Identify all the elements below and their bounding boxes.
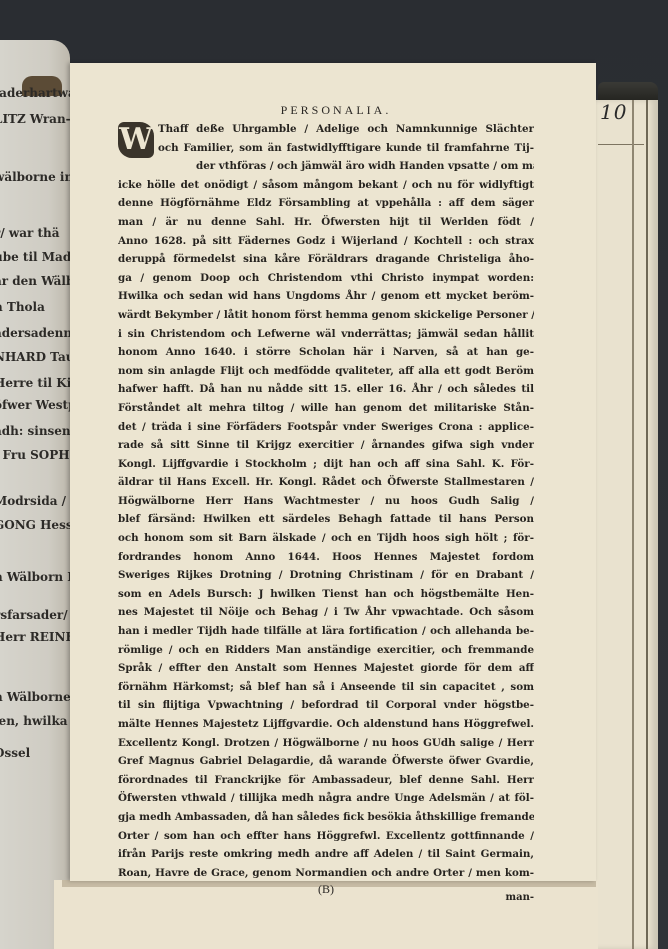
text-line: Förståndet alt mehra tiltog / wille han … <box>118 399 534 418</box>
text-line: Anno 1628. på sitt Fädernes Godz i Wijer… <box>118 232 534 251</box>
text-line: det / träda i sine Förfäders Footspår vn… <box>118 418 534 437</box>
text-line: Orter / som han och effter hans Höggrefw… <box>118 827 534 846</box>
text-line: icke hölle det onödigt / såsom mångom be… <box>118 176 534 195</box>
left-page-text-fragment: wälborne in/ <box>0 170 70 184</box>
drop-cap-initial: W <box>118 122 154 158</box>
left-page-text-fragment: ien, hwilka war <box>0 714 70 728</box>
left-page-text-fragment: n Wälborne Fru <box>0 690 70 704</box>
text-line: Gref Magnus Gabriel Delagardie, då waran… <box>118 752 534 771</box>
text-line: och honom som sit Barn älskade / och en … <box>118 529 534 548</box>
text-line: blef färsänd: Hwilken ett särdeles Behag… <box>118 510 534 529</box>
book-binding-top <box>598 82 658 102</box>
left-page-text-fragment: öfwer Westph <box>0 398 70 412</box>
left-page-text-fragment: r/ war thä <box>0 226 60 240</box>
page-edge <box>632 100 634 949</box>
text-line: gja medh Ambassaden, då han således fick… <box>118 808 534 827</box>
text-line: nes Majestet til Nöije och Behag / i Tw … <box>118 603 534 622</box>
text-line: Språk / effter den Anstalt som Hennes Ma… <box>118 659 534 678</box>
text-line: som en Adels Bursch: J hwilken Tienst ha… <box>118 585 534 604</box>
text-line: deruppå förmedelst sina kåre Föräldrars … <box>118 250 534 269</box>
text-line: Sweriges Rijkes Drotning / Drotning Chri… <box>118 566 534 585</box>
text-line: Thaff deße Uhrgamble / Adelige och Namnk… <box>158 120 534 139</box>
left-page-text-fragment: LITZ Wran- <box>0 112 70 126</box>
text-line: han i medler Tijdh hade tilfälle at lära… <box>118 622 534 641</box>
text-line: äldrar til Hans Excell. Hr. Kongl. Rådet… <box>118 473 534 492</box>
left-page-text-fragment: Herr REINHOLT <box>0 630 70 644</box>
left-page-text-fragment: rsfarsader/ h <box>0 608 70 622</box>
text-line: ga / genom Doop och Christendom vthi Chr… <box>118 269 534 288</box>
left-page-text-fragment: ube til Madal <box>0 250 70 264</box>
text-line: ifrån Parijs reste omkring medh andre af… <box>118 845 534 864</box>
handwritten-folio-number: 10 <box>600 100 627 124</box>
text-line: Roan, Havre de Grace, genom Normandien o… <box>118 864 534 883</box>
text-line: och Familier, som än fastwidlyfftigare k… <box>158 139 534 158</box>
running-head: PERSONALIA. <box>138 103 534 118</box>
text-line: hafwer hafft. Då han nu nådde sitt 15. e… <box>118 380 534 399</box>
left-page-text-fragment: Modrsida / her <box>0 494 70 508</box>
text-line: Hwilka och sedan wid hans Ungdoms Åhr / … <box>118 287 534 306</box>
text-line: römlige / och en Ridders Man anständige … <box>118 641 534 660</box>
left-page-text-fragment: Herre til Kijd <box>0 376 70 390</box>
body-text: W Thaff deße Uhrgamble / Adelige och Nam… <box>118 120 534 882</box>
left-page-fragment: faderhartwa-LITZ Wran-wälborne in/r/ war… <box>0 40 70 949</box>
page-rule <box>598 144 644 145</box>
left-page-text-fragment: ädh: sinsens <box>0 424 70 438</box>
text-line: i sin Christendom och Lefwerne wäl vnder… <box>118 325 534 344</box>
main-page: PERSONALIA. W Thaff deße Uhrgamble / Ade… <box>70 63 596 881</box>
text-line: nom sin anlagde Flijt och medfödde qvali… <box>118 362 534 381</box>
left-page-text-fragment: n Thola <box>0 300 45 314</box>
page-edge <box>646 100 648 949</box>
text-line: förnähm Härkomst; så blef han så i Ansee… <box>118 678 534 697</box>
text-line: til sin flijtiga Vpwachtning / befordrad… <box>118 696 534 715</box>
text-line: der vthföras / och jämwäl äro widh Hande… <box>158 157 534 176</box>
text-line: fordrandes honom Anno 1644. Hoos Hennes … <box>118 548 534 567</box>
left-page-text-fragment: n Wälborn Fru <box>0 570 70 584</box>
text-line: rade så sitt Sinne til Krijgz exercitier… <box>118 436 534 455</box>
left-page-text-fragment: Ossel <box>0 746 30 760</box>
text-line: Kongl. Lijffgvardie i Stockholm ; dijt h… <box>118 455 534 474</box>
left-page-text-fragment: faderhartwa- <box>0 86 70 100</box>
text-line: förordnades til Franckrijke för Ambassad… <box>118 771 534 790</box>
signature-mark: (B) <box>118 882 534 897</box>
text-line: honom Anno 1640. i större Scholan här i … <box>118 343 534 362</box>
text-line: mälte Hennes Majestetz Lijffgvardie. Och… <box>118 715 534 734</box>
left-page-text-fragment: / Fru SOPHIA <box>0 448 70 462</box>
left-page-text-fragment: NHARD Taub <box>0 350 70 364</box>
right-page-stack <box>592 100 658 949</box>
left-page-text-fragment: adersadenn <box>0 326 70 340</box>
text-line: Excellentz Kongl. Drotzen / Högwälborne … <box>118 734 534 753</box>
text-line: Högwälborne Herr Hans Wachtmester / nu h… <box>118 492 534 511</box>
catchword: man- <box>506 892 534 903</box>
page-text-block: PERSONALIA. W Thaff deße Uhrgamble / Ade… <box>118 103 534 900</box>
text-line: man / är nu denne Sahl. Hr. Öfwersten hi… <box>118 213 534 232</box>
text-line: wärdt Bekymber / låtit honom först hemma… <box>118 306 534 325</box>
text-line: denne Högförnähme Eldz Försambling at vp… <box>118 194 534 213</box>
left-page-text-fragment: ar den Wälbo <box>0 274 70 288</box>
left-page-text-fragment: GONG Hesse <box>0 518 70 532</box>
text-line: Öfwersten vthwald / tillijka medh några … <box>118 789 534 808</box>
